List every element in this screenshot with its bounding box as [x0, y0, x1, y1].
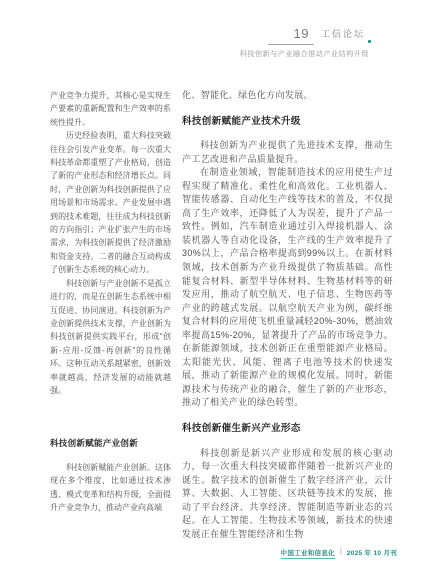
paragraph: 科技创新为产业提供了先进技术支撑，推动生产工艺改进和产品质量提升。 — [182, 139, 393, 166]
section-heading-emerging-industries: 科技创新催生新兴产业形态 — [182, 422, 393, 436]
section-heading-tech-upgrade: 科技创新赋能产业技术升级 — [182, 115, 393, 129]
header-row: 19 工信论坛 — [240, 26, 371, 45]
paragraph: 科技创新是新兴产业形成和发展的核心驱动力，每一次重大科技突破都伴随着一批新兴产业… — [182, 447, 393, 542]
issue-date: 2025 年 10 月刊 — [347, 548, 397, 557]
magazine-brand: 中国工业和信息化 — [281, 548, 335, 559]
paragraph: 历史经验表明，重大科技突破往往会引发产业变革。每一次重大科技革命都重塑了产业格局… — [50, 129, 171, 276]
paragraph: 在制造业领域，智能制造技术的应用使生产过程实现了精准化、柔性化和高效化。工业机器… — [182, 166, 393, 410]
section-name: 工信论坛 — [321, 27, 365, 40]
page-footer: 中国工业和信息化 | 2025 年 10 月刊 — [281, 548, 397, 559]
magazine-page: 19 工信论坛 科技创新与产业融合推动产业结构升级 产业竞争力提升，其核心是实现… — [0, 0, 427, 579]
page-header: 19 工信论坛 科技创新与产业融合推动产业结构升级 — [240, 26, 371, 59]
magazine-name: 中国工业和信息化 — [281, 548, 335, 557]
right-column: 化、智能化、绿色化方向发展。 科技创新赋能产业技术升级 科技创新为产业提供了先进… — [182, 89, 393, 541]
accent-dot-icon — [368, 40, 371, 43]
footer-separator: | — [340, 548, 342, 556]
paragraph: 科技创新赋能产业创新。这体现在多个维度，比如通过技术渗透、模式变革和结构升级，全… — [50, 461, 171, 515]
section-heading-innovation-empowers-industry: 科技创新赋能产业创新 — [50, 437, 171, 450]
article-running-title: 科技创新与产业融合推动产业结构升级 — [240, 49, 371, 59]
magazine-subtitle-rule — [281, 558, 335, 559]
paragraph: 化、智能化、绿色化方向发展。 — [182, 89, 393, 103]
left-column: 产业竞争力提升，其核心是实现生产要素的重新配置和生产效率的系统性提升。 历史经验… — [50, 89, 171, 514]
paragraph: 科技创新与产业创新不是孤立进行的，而是在创新生态系统中相互促进、协同演进。科技创… — [50, 277, 171, 398]
page-number: 19 — [268, 26, 314, 45]
paragraph: 产业竞争力提升，其核心是实现生产要素的重新配置和生产效率的系统性提升。 — [50, 89, 171, 129]
